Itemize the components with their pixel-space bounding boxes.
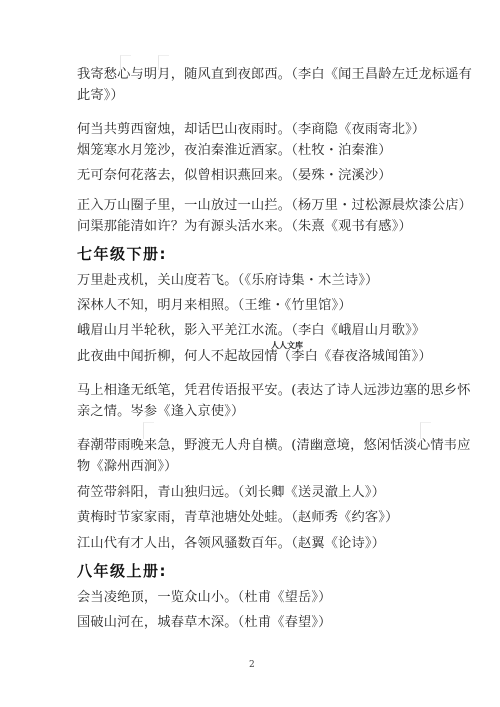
- poem-line: 正入万山圈子里，一山放过一山拦。（杨万里・过松源晨炊漆公店）: [77, 197, 472, 215]
- poem-line: 何当共剪西窗烛，却话巴山夜雨时。（李商隐《夜雨寄北》）: [77, 121, 425, 139]
- document-page: 我寄愁心与明月，随风直到夜郎西。（李白《闻王昌龄左迁龙标遥有 此寄》） 何当共剪…: [0, 0, 500, 707]
- poem-line: 国破山河在，城春草木深。（杜甫《春望》）: [77, 614, 332, 632]
- poem-line: 问渠那能清如许？为有源头活水来。（朱熹《观书有感》）: [77, 218, 412, 236]
- poem-line: 会当凌绝顶，一览众山小。（杜甫《望岳》）: [77, 589, 332, 607]
- poem-line: 深林人不知，明月来相照。（王维・《竹里馆》）: [77, 297, 352, 315]
- poem-line: 烟笼寒水月笼沙，夜泊秦淮近酒家。（杜牧・泊秦淮）: [77, 142, 392, 160]
- poem-line: 春潮带雨晚来急，野渡无人舟自横。(清幽意境，悠闲恬淡心情韦应: [77, 437, 471, 455]
- poem-line: 物《滁州西涧》）: [77, 458, 178, 476]
- section-heading-grade8-vol1: 八年级上册:: [77, 560, 167, 581]
- poem-line: 江山代有才人出，各领风骚数百年。（赵翼《论诗》）: [77, 535, 385, 553]
- poem-line: 荷笠带斜阳，青山独归远。（刘长卿《送灵澈上人》）: [77, 484, 385, 502]
- poem-line: 此寄》）: [77, 87, 124, 105]
- page-number: 2: [249, 660, 255, 670]
- poem-line: 黄梅时节家家雨，青草池塘处处蛙。（赵师秀《约客》）: [77, 509, 399, 527]
- poem-line: 此夜曲中闻折柳，何人不起故园情（李白《春夜洛城闻笛》）: [77, 348, 432, 366]
- poem-line: 我寄愁心与明月，随风直到夜郎西。（李白《闻王昌龄左迁龙标遥有: [77, 66, 472, 84]
- section-heading-grade7-vol2: 七年级下册:: [77, 243, 167, 264]
- poem-line: 万里赴戎机，关山度若飞。（《乐府诗集・木兰诗》）: [77, 272, 379, 290]
- poem-line: 亲之情。岑参《逢入京使》）: [77, 403, 244, 421]
- poem-line: 峨眉山月半轮秋，影入平羌江水流。（李白《峨眉山月歌》》: [77, 322, 425, 340]
- poem-line: 无可奈何花落去，似曾相识燕回来。（晏殊・浣溪沙）: [77, 167, 392, 185]
- poem-line: 马上相逢无纸笔，凭君传语报平安。(表达了诗人远涉边塞的思乡怀: [77, 382, 471, 400]
